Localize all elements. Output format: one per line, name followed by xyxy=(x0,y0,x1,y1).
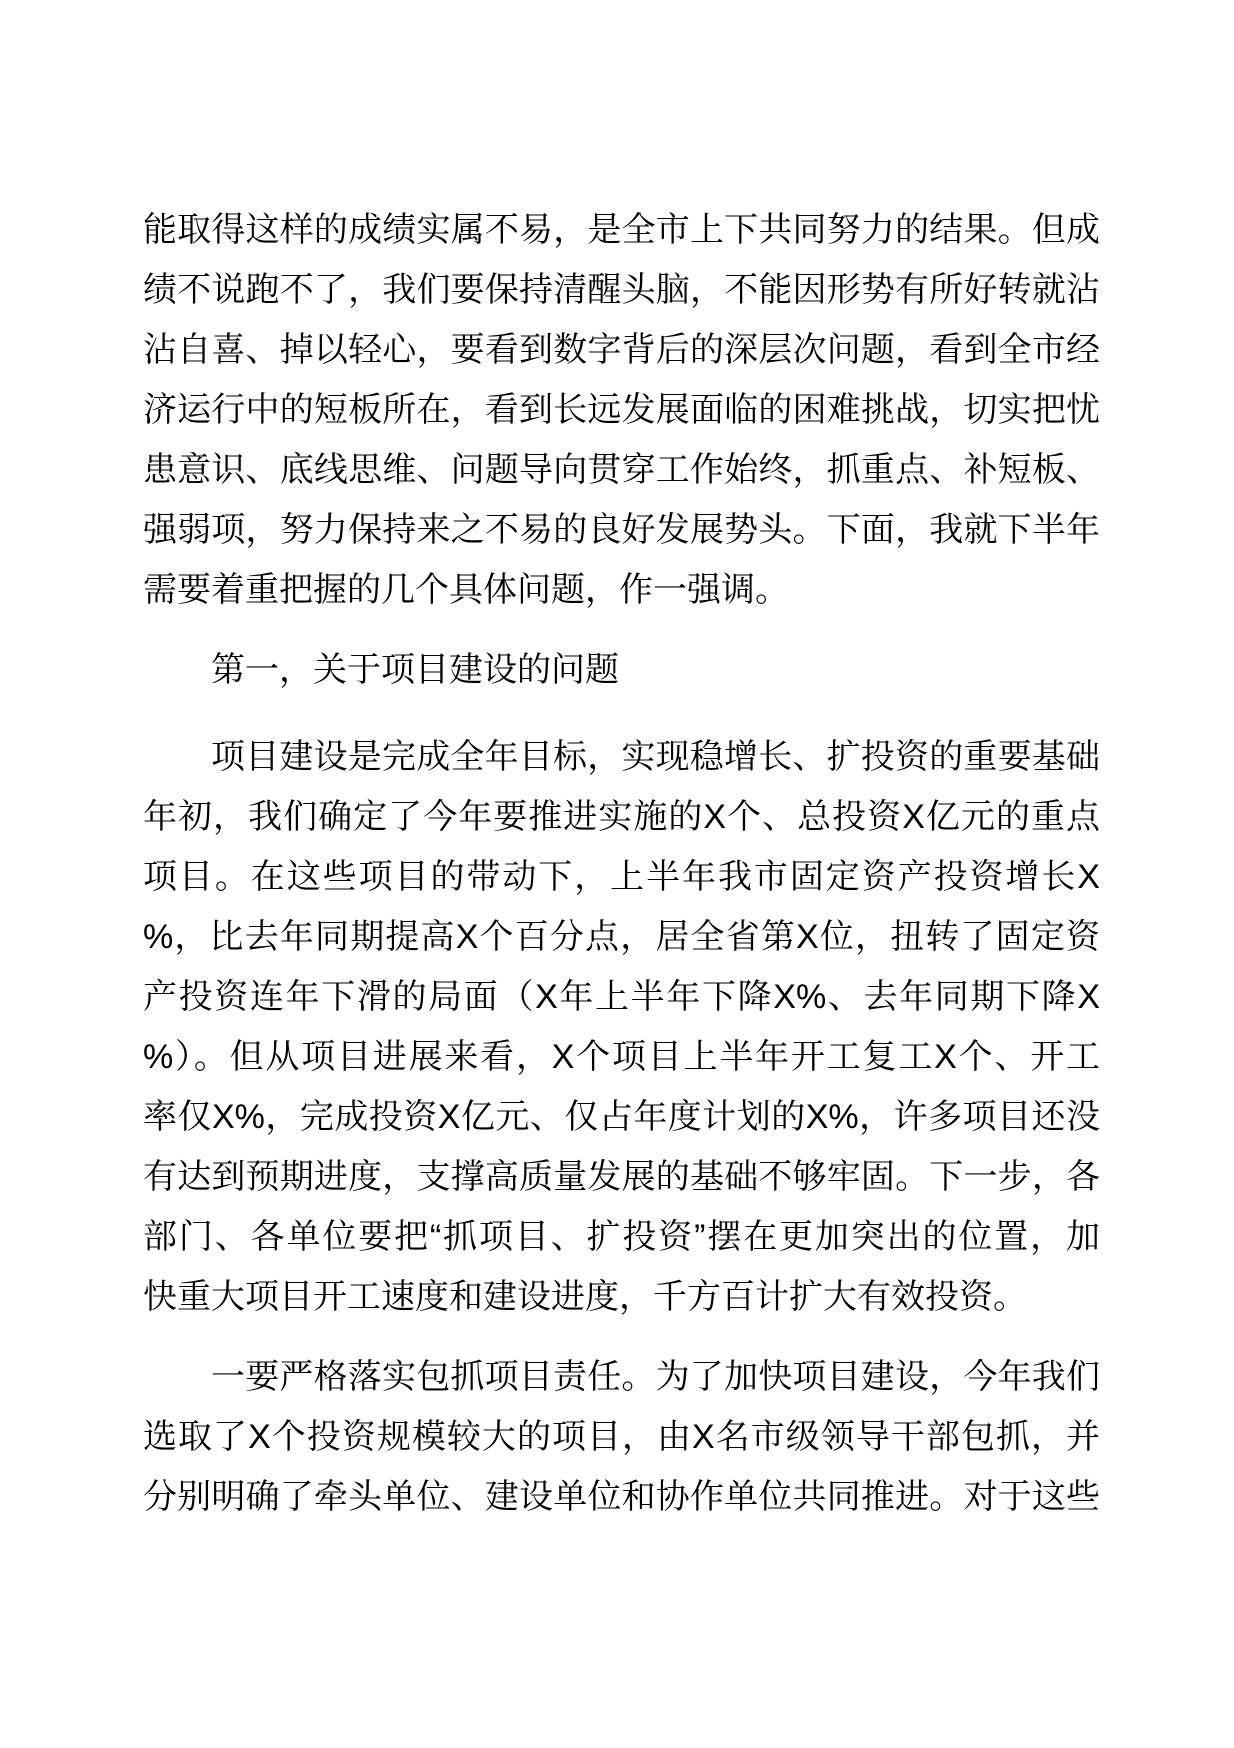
page-text-content: 能取得这样的成绩实属不易，是全市上下共同努力的结果。但成 绩不说跑不了，我们要保… xyxy=(143,200,1100,1527)
text-line: 一要严格落实包抓项目责任。为了加快项目建设，今年我们 xyxy=(143,1347,1100,1407)
text-line: 快重大项目开工速度和建设进度，千方百计扩大有效投资。 xyxy=(143,1267,1100,1327)
text-line: 有达到预期进度，支撑高质量发展的基础不够牢固。下一步，各 xyxy=(143,1147,1100,1207)
paragraph-responsibility: 一要严格落实包抓项目责任。为了加快项目建设，今年我们 选取了X个投资规模较大的项… xyxy=(143,1347,1100,1527)
text-line: %）。但从项目进展来看，X个项目上半年开工复工X个、开工 xyxy=(143,1027,1100,1087)
text-line: 患意识、底线思维、问题导向贯穿工作始终，抓重点、补短板、 xyxy=(143,440,1100,500)
text-line: %，比去年同期提高X个百分点，居全省第X位，扭转了固定资 xyxy=(143,907,1100,967)
text-line: 绩不说跑不了，我们要保持清醒头脑，不能因形势有所好转就沾 xyxy=(143,260,1100,320)
text-line: 项目。在这些项目的带动下，上半年我市固定资产投资增长X xyxy=(143,847,1100,907)
section-heading-1: 第一，关于项目建设的问题 xyxy=(143,640,1100,700)
text-line: 率仅X%，完成投资X亿元、仅占年度计划的X%，许多项目还没 xyxy=(143,1087,1100,1147)
text-line: 产投资连年下滑的局面（X年上半年下降X%、去年同期下降X xyxy=(143,967,1100,1027)
text-line: 济运行中的短板所在，看到长远发展面临的困难挑战，切实把忧 xyxy=(143,380,1100,440)
text-line: 年初，我们确定了今年要推进实施的X个、总投资X亿元的重点 xyxy=(143,787,1100,847)
text-line: 选取了X个投资规模较大的项目，由X名市级领导干部包抓，并 xyxy=(143,1407,1100,1467)
heading-line: 第一，关于项目建设的问题 xyxy=(143,640,1100,700)
text-line: 沾自喜、掉以轻心，要看到数字背后的深层次问题，看到全市经 xyxy=(143,320,1100,380)
text-line: 部门、各单位要把“抓项目、扩投资”摆在更加突出的位置，加 xyxy=(143,1207,1100,1267)
text-line: 项目建设是完成全年目标，实现稳增长、扩投资的重要基础 xyxy=(143,727,1100,787)
text-line: 强弱项，努力保持来之不易的良好发展势头。下面，我就下半年 xyxy=(143,500,1100,560)
paragraph-project-overview: 项目建设是完成全年目标，实现稳增长、扩投资的重要基础 年初，我们确定了今年要推进… xyxy=(143,727,1100,1327)
document-page: 能取得这样的成绩实属不易，是全市上下共同努力的结果。但成 绩不说跑不了，我们要保… xyxy=(0,0,1234,1748)
text-line: 能取得这样的成绩实属不易，是全市上下共同努力的结果。但成 xyxy=(143,200,1100,260)
text-line: 需要着重把握的几个具体问题，作一强调。 xyxy=(143,560,1100,620)
text-line: 分别明确了牵头单位、建设单位和协作单位共同推进。对于这些 xyxy=(143,1467,1100,1527)
paragraph-continuation: 能取得这样的成绩实属不易，是全市上下共同努力的结果。但成 绩不说跑不了，我们要保… xyxy=(143,200,1100,620)
